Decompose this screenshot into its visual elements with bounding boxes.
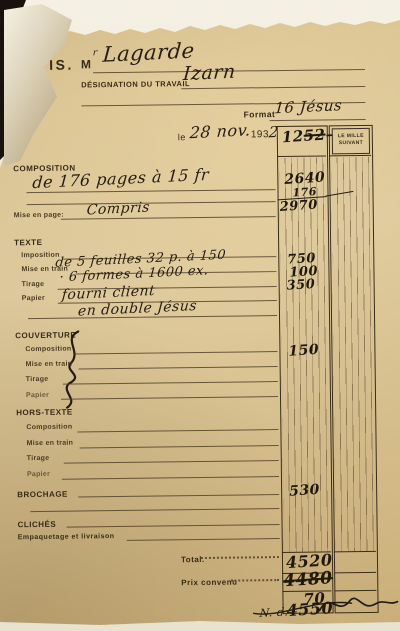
date-handwriting: 28 nov.	[189, 120, 251, 142]
couverture-tirage-label: Tirage	[26, 376, 49, 383]
m-superscript: r	[92, 48, 98, 58]
prix-convenu-leaders	[231, 578, 279, 582]
hors-texte-tirage-rule	[64, 460, 279, 464]
m-label: M	[81, 57, 92, 71]
total-leaders	[201, 555, 279, 559]
next-mille-header-line2: SUIVANT	[336, 140, 367, 146]
couverture-composition-label: Composition	[25, 346, 71, 354]
date-prefix: le	[178, 132, 186, 142]
hors-texte-mise-en-train-rule	[80, 445, 279, 448]
texte-extra-rule	[28, 315, 277, 319]
tirage-label: Tirage	[22, 281, 45, 288]
composition-subtotal: 2970	[279, 198, 318, 215]
hors-texte-mise-en-train-label: Mise en train	[27, 440, 74, 448]
section-empaquetage: Empaquetage et livraison	[18, 533, 115, 541]
form-content: DEVIS. M r Lagarde DÉSIGNATION DU TRAVAI…	[0, 0, 400, 631]
papier-label: Papier	[22, 295, 45, 302]
scanned-devis-form: DEVIS. M r Lagarde DÉSIGNATION DU TRAVAI…	[0, 0, 400, 631]
couverture-mise-en-train-label: Mise en train	[26, 361, 73, 369]
papier-amount: 350	[286, 277, 316, 294]
section-cliches: CLICHÉS	[17, 520, 56, 529]
current-price-handwriting: 1252–	[281, 125, 334, 146]
designation-handwriting: Izarn	[182, 61, 236, 86]
designation-label: DÉSIGNATION DU TRAVAIL	[81, 79, 190, 89]
format-handwriting: 16 Jésus	[274, 96, 343, 117]
empaquetage-rule	[127, 538, 280, 541]
format-label: Format	[243, 109, 275, 119]
extra-rule	[30, 508, 279, 512]
couverture-amount: 150	[288, 342, 320, 360]
hors-texte-composition-label: Composition	[26, 424, 72, 432]
mise-en-page-label: Mise en page:	[14, 212, 64, 220]
hors-texte-tirage-label: Tirage	[27, 455, 50, 462]
next-mille-header-line1: LE MILLE	[335, 133, 366, 139]
section-brochage: BROCHAGE	[17, 490, 68, 500]
designation-rule	[181, 86, 365, 89]
brochage-amount: 530	[289, 482, 321, 500]
signature-scribble	[315, 588, 400, 621]
section-texte: TEXTE	[14, 238, 42, 247]
mise-en-page-handwriting: Compris	[86, 199, 150, 218]
couverture-composition-rule	[74, 351, 277, 354]
cliches-rule	[67, 524, 280, 528]
imposition-label: Imposition	[21, 252, 59, 259]
brochage-rule	[78, 494, 279, 497]
format-rule	[270, 119, 366, 121]
next-mille-header-box: LE MILLE SUIVANT	[332, 128, 370, 154]
prix-convenu-label: Prix convenu	[181, 578, 237, 588]
section-hors-texte: HORS-TEXTE	[16, 408, 73, 418]
date-printed-year: 193	[251, 129, 269, 140]
composition-rule2	[27, 201, 276, 205]
hors-texte-papier-label: Papier	[27, 471, 50, 478]
hors-texte-composition-rule	[77, 429, 278, 432]
hors-texte-papier-rule	[62, 476, 279, 480]
client-name-handwriting: Lagarde	[102, 38, 196, 66]
couverture-mise-en-train-rule	[79, 366, 278, 369]
next-column-ruling	[331, 157, 374, 551]
couverture-papier-label: Papier	[26, 392, 49, 399]
